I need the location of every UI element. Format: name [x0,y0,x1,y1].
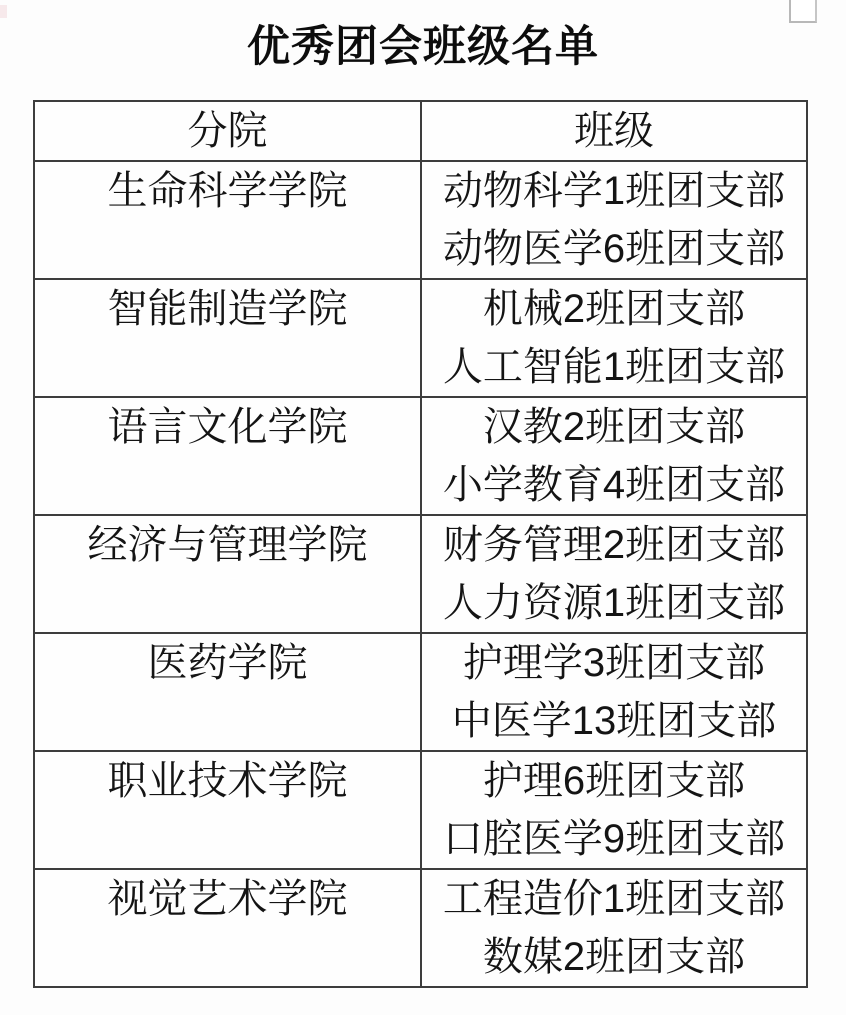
page-title: 优秀团会班级名单 [0,22,846,72]
class-name: 护理学3班团支部 [422,634,806,692]
table-row: 生命科学学院 动物科学1班团支部 动物医学6班团支部 [34,161,807,279]
classes-cell: 动物科学1班团支部 动物医学6班团支部 [421,161,807,279]
table-row: 医药学院 护理学3班团支部 中医学13班团支部 [34,633,807,751]
class-name: 中医学13班团支部 [422,692,806,750]
college-name: 视觉艺术学院 [35,870,420,928]
college-cell: 语言文化学院 [34,397,421,515]
classes-cell: 护理学3班团支部 中医学13班团支部 [421,633,807,751]
college-name: 生命科学学院 [35,162,420,220]
college-name: 医药学院 [35,634,420,692]
college-cell: 经济与管理学院 [34,515,421,633]
college-cell: 视觉艺术学院 [34,869,421,987]
table-row: 智能制造学院 机械2班团支部 人工智能1班团支部 [34,279,807,397]
classes-cell: 汉教2班团支部 小学教育4班团支部 [421,397,807,515]
college-cell: 生命科学学院 [34,161,421,279]
class-name: 数媒2班团支部 [422,928,806,986]
classes-cell: 护理6班团支部 口腔医学9班团支部 [421,751,807,869]
corner-artifact-box [789,0,817,23]
header-row: 分院 班级 [34,101,807,161]
class-name: 动物医学6班团支部 [422,220,806,278]
header-college: 分院 [34,101,421,161]
header-class: 班级 [421,101,807,161]
college-name: 职业技术学院 [35,752,420,810]
college-cell: 职业技术学院 [34,751,421,869]
college-name: 经济与管理学院 [35,516,420,574]
college-name: 语言文化学院 [35,398,420,456]
table-row: 经济与管理学院 财务管理2班团支部 人力资源1班团支部 [34,515,807,633]
table-body: 生命科学学院 动物科学1班团支部 动物医学6班团支部 智能制造学院 机械2班团支… [34,161,807,987]
class-name: 动物科学1班团支部 [422,162,806,220]
classes-cell: 工程造价1班团支部 数媒2班团支部 [421,869,807,987]
table-row: 语言文化学院 汉教2班团支部 小学教育4班团支部 [34,397,807,515]
class-name: 财务管理2班团支部 [422,516,806,574]
college-name: 智能制造学院 [35,280,420,338]
roster-table: 分院 班级 生命科学学院 动物科学1班团支部 动物医学6班团支部 智能制造学院 … [33,100,808,988]
class-name: 汉教2班团支部 [422,398,806,456]
table-row: 职业技术学院 护理6班团支部 口腔医学9班团支部 [34,751,807,869]
college-cell: 医药学院 [34,633,421,751]
class-name: 工程造价1班团支部 [422,870,806,928]
class-name: 人力资源1班团支部 [422,574,806,632]
college-cell: 智能制造学院 [34,279,421,397]
classes-cell: 财务管理2班团支部 人力资源1班团支部 [421,515,807,633]
class-name: 护理6班团支部 [422,752,806,810]
class-name: 机械2班团支部 [422,280,806,338]
table-row: 视觉艺术学院 工程造价1班团支部 数媒2班团支部 [34,869,807,987]
photo-edge-smudge [0,5,7,18]
class-name: 小学教育4班团支部 [422,456,806,514]
classes-cell: 机械2班团支部 人工智能1班团支部 [421,279,807,397]
class-name: 人工智能1班团支部 [422,338,806,396]
class-name: 口腔医学9班团支部 [422,810,806,868]
